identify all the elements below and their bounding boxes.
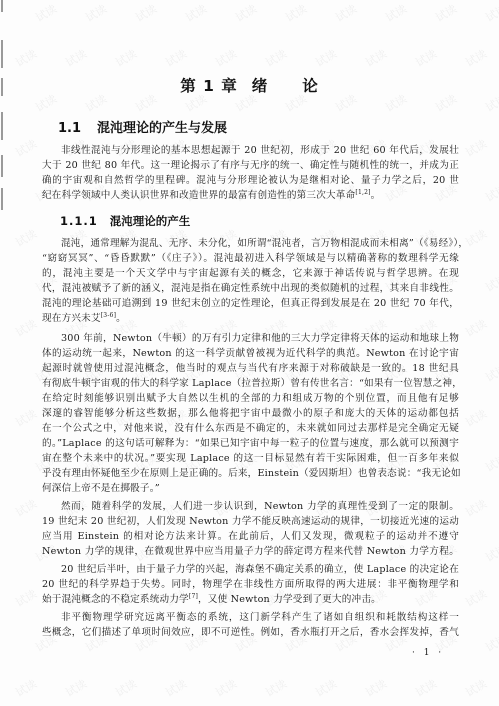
watermark-text: 试读 xyxy=(32,1,59,26)
watermark-text: 试读 xyxy=(12,586,39,611)
text-line: 有彻底牛顿宇宙观的伟大的科学家 Laplace（拉普拉斯）曾有传世名言：“如果有… xyxy=(42,378,459,390)
watermark-text: 试读 xyxy=(462,676,489,701)
text-line: 代，混沌被赋予了新的涵义，混沌是指在确定性系统中出现的类似随机的过程，其来自非线… xyxy=(42,283,459,295)
text-line: 然而，随着科学的发展，人们进一步认识到，Newton 力学的真理性受到了一定的限… xyxy=(61,501,459,513)
watermark-text: 试读 xyxy=(12,136,39,161)
text-line: 的，混沌主要是一个天文学中与宇宙起源有关的概念，它来源于神话传说与哲学思辨。在现 xyxy=(42,268,459,280)
watermark-text: 试读 xyxy=(62,46,89,71)
binding-mark xyxy=(1,112,3,140)
watermark-text: 试读 xyxy=(462,136,489,161)
watermark-text: 试读 xyxy=(482,451,499,476)
watermark-text: 试读 xyxy=(162,676,189,701)
watermark-text: 试读 xyxy=(262,676,289,701)
watermark-text: 试读 xyxy=(162,46,189,71)
chapter-title: 第 1 章绪论 xyxy=(0,74,499,96)
text-line: 乎没有理由怀疑他至少在原则上是正确的。后来，Einstein（爱因斯坦）也曾表态… xyxy=(42,468,459,480)
watermark-text: 试读 xyxy=(12,406,39,431)
watermark-text: 试读 xyxy=(112,676,139,701)
watermark-text: 试读 xyxy=(182,1,209,26)
watermark-text: 试读 xyxy=(212,46,239,71)
section-number: 1.1 xyxy=(58,121,81,136)
text-line: 些概念，它们描述了单项时间效应，即不可逆性。例如，香水瓶打开之后，香水会挥发掉，… xyxy=(42,627,459,639)
text-line: “窈窈冥冥”、“昏昏默默”（《庄子》）。混沌最初进入科学领域是与以精确著称的数理… xyxy=(42,253,459,265)
page-number: · 1 · xyxy=(412,648,444,658)
watermark-text: 试读 xyxy=(462,46,489,71)
watermark-text: 试读 xyxy=(12,316,39,341)
watermark-text: 试读 xyxy=(12,676,39,701)
watermark-text: 试读 xyxy=(412,46,439,71)
watermark-text: 试读 xyxy=(412,676,439,701)
text-span: ，又使 Newton 力学受到了更大的冲击。 xyxy=(198,594,381,605)
binding-mark xyxy=(1,155,3,177)
text-line: 大于 20 世纪 80 年代。这一理论揭示了有序与无序的统一、确定性与随机性的统… xyxy=(42,160,459,172)
watermark-text: 试读 xyxy=(212,676,239,701)
text-line: 20 世纪后半叶，由于量子力学的兴起，海森堡不确定关系的确立，使 Laplace… xyxy=(61,564,459,576)
text-line: 19 世纪末 20 世纪初，人们发现 Newton 力学不能反映高速运动的规律，… xyxy=(42,516,459,528)
watermark-text: 试读 xyxy=(432,1,459,26)
watermark-text: 试读 xyxy=(462,406,489,431)
binding-mark xyxy=(1,0,3,12)
text-span: 始于混沌概念的不稳定系统动力学 xyxy=(42,594,189,605)
text-line: 始于混沌概念的不稳定系统动力学[7]，又使 Newton 力学受到了更大的冲击。 xyxy=(42,594,459,606)
text-line: 应当用 Einstein 的相对论方法来计算。在此前后，人们又发现，微观粒子的运… xyxy=(42,531,459,543)
subsection-heading: 1.1.1混沌理论的产生 xyxy=(60,213,190,229)
document-page: 试读试读试读试读试读试读试读试读试读试读试读试读试读试读试读试读试读试读试读试读… xyxy=(0,0,499,706)
watermark-text: 试读 xyxy=(312,46,339,71)
watermark-text: 试读 xyxy=(462,586,489,611)
text-line: Newton 力学的规律，在微观世界中应当用量子力学的薛定谔方程来代替 Newt… xyxy=(42,546,459,558)
text-line: 的。”Laplace 的这句话可解释为：“如果已知宇宙中每一粒子的位置与速度，那… xyxy=(42,438,459,450)
text-line: 混沌，通常理解为混乱、无序、未分化，如所谓“混沌者，言万物相混成而未相离”（《易… xyxy=(61,238,459,250)
watermark-text: 试读 xyxy=(12,46,39,71)
text-line: 深邃的睿智能够分析这些数据，那么他将把宇宙中最微小的原子和庞大的天体的运动都包括 xyxy=(42,408,459,420)
watermark-text: 试读 xyxy=(462,496,489,521)
citation-ref: [3-6] xyxy=(101,312,116,319)
watermark-text: 试读 xyxy=(332,1,359,26)
text-line: 确的宇宙观和自然哲学的里程碑。混沌与分形理论被认为是继相对论、量子力学之后，20… xyxy=(42,175,459,187)
text-line: 起源时就曾使用过混沌概念，他当时的观点与当代有序来源于对称破缺是一致的。18 世… xyxy=(42,363,459,375)
watermark-text: 试读 xyxy=(362,676,389,701)
watermark-text: 试读 xyxy=(482,181,499,206)
text-line: 何深信上帝不是在掷骰子。” xyxy=(42,483,459,495)
text-span: 。 xyxy=(371,190,381,201)
watermark-text: 试读 xyxy=(262,46,289,71)
watermark-text: 试读 xyxy=(112,46,139,71)
watermark-text: 试读 xyxy=(82,1,109,26)
text-span: 。 xyxy=(116,313,126,324)
binding-mark xyxy=(1,188,3,210)
watermark-text: 试读 xyxy=(482,541,499,566)
text-line: 非线性混沌与分形理论的基本思想起源于 20 世纪初，形成于 20 世纪 60 年… xyxy=(61,145,459,157)
text-line: 混沌的理论基础可追溯到 19 世纪末创立的定性理论，但真正得到发展是在 20 世… xyxy=(42,298,459,310)
text-line: 非平衡物理学研究远离平衡态的系统，这门新学科产生了诸如自组织和耗散结构这样一 xyxy=(61,612,459,624)
text-line: 现在方兴未艾[3-6]。 xyxy=(42,313,459,325)
binding-mark xyxy=(1,40,3,68)
text-line: 20 世纪的科学界趋于失势。同时，物理学在非线性方面所取得的两大进展：非平衡物理… xyxy=(42,579,459,591)
text-line: 在一个公式之中，对他来说，没有什么东西是不确定的，未来就如同过去那样是完全确定无… xyxy=(42,423,459,435)
text-line: 纪在科学领域中人类认识世界和改造世界的最富有创造性的第三次大革命[1,2]。 xyxy=(42,190,459,202)
text-line: 300 年前，Newton（牛顿）的万有引力定律和他的三大力学定律将天体的运动和… xyxy=(61,333,459,345)
section-heading: 1.1混沌理论的产生与发展 xyxy=(58,117,227,136)
chapter-title-part2: 论 xyxy=(302,77,319,95)
watermark-text: 试读 xyxy=(232,1,259,26)
watermark-text: 试读 xyxy=(462,316,489,341)
watermark-text: 试读 xyxy=(382,1,409,26)
text-line: 体的运动统一起来，Newton 的这一科学贡献曾被视为近代科学的典范。Newto… xyxy=(42,348,459,360)
watermark-text: 试读 xyxy=(482,631,499,656)
subsection-number: 1.1.1 xyxy=(60,214,98,228)
watermark-text: 试读 xyxy=(482,271,499,296)
watermark-text: 试读 xyxy=(312,676,339,701)
watermark-text: 试读 xyxy=(282,1,309,26)
text-span: 现在方兴未艾 xyxy=(42,313,101,324)
watermark-text: 试读 xyxy=(482,1,499,26)
text-line: 宙在整个未来中的状况。”要实现 Laplace 的这一目标显然有若干实际困难，但… xyxy=(42,453,459,465)
text-line: 在给定时刻能够识别出赋予大自然以生机的全部的力和组成万物的个别位置，而且他有足够 xyxy=(42,393,459,405)
chapter-number: 第 1 章 xyxy=(180,77,238,95)
citation-ref: [7] xyxy=(189,593,198,600)
watermark-text: 试读 xyxy=(482,361,499,386)
watermark-text: 试读 xyxy=(12,226,39,251)
text-span: 纪在科学领域中人类认识世界和改造世界的最富有创造性的第三次大革命 xyxy=(42,190,355,201)
section-title: 混沌理论的产生与发展 xyxy=(97,121,227,136)
citation-ref: [1,2] xyxy=(355,189,370,196)
watermark-text: 试读 xyxy=(362,46,389,71)
watermark-text: 试读 xyxy=(12,496,39,521)
watermark-text: 试读 xyxy=(132,1,159,26)
watermark-text: 试读 xyxy=(62,676,89,701)
subsection-title: 混沌理论的产生 xyxy=(110,214,191,228)
chapter-title-part1: 绪 xyxy=(252,77,269,95)
